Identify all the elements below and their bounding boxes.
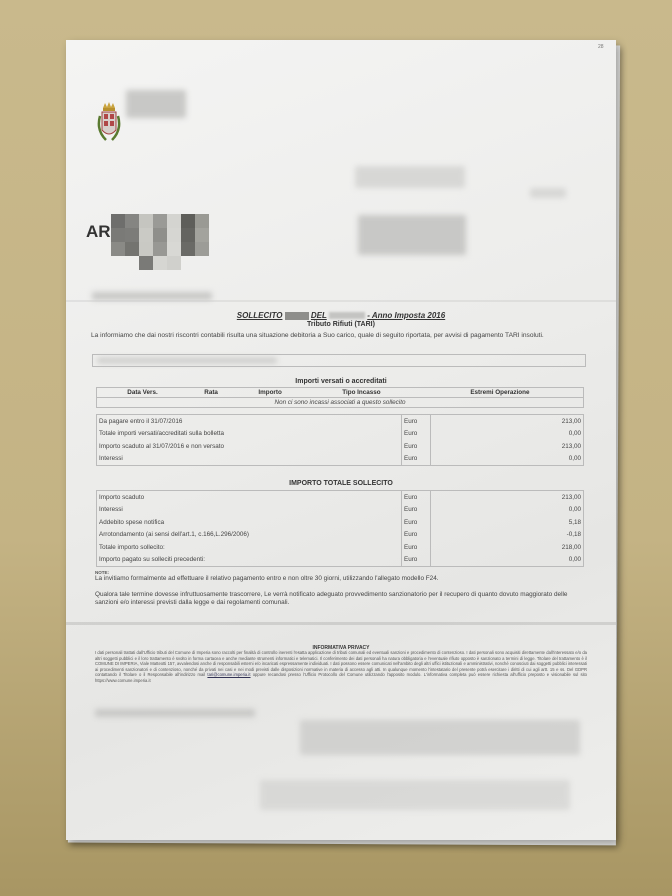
paper-fold [66,622,616,625]
redacted-info-box [92,354,586,367]
redacted-footer [260,780,570,810]
redacted-address [355,166,465,188]
row-label: Da pagare entro il 31/07/2016 [97,415,402,428]
row-label: Importo pagato su solleciti precedenti: [97,554,402,567]
row-amount: 213,00 [431,491,584,504]
table-row: Importo scadutoEuro213,00 [97,491,584,504]
table-row: Addebito spese notificaEuro5,18 [97,516,584,529]
row-amount: 0,00 [431,504,584,517]
row-amount: 218,00 [431,541,584,554]
redacted-signature [95,709,255,717]
row-currency: Euro [402,415,431,428]
payment-request: La invitiamo formalmente ad effettuare i… [95,575,587,583]
column-header: Importo [234,388,306,398]
recipient-name: AR [86,222,111,242]
intro-paragraph: La informiamo che dai nostri riscontri c… [91,332,591,340]
municipal-crest-icon [96,100,122,150]
title-prefix: SOLLECITO [237,311,283,320]
redacted-info [97,358,277,363]
row-amount: 0,00 [431,453,584,466]
payments-section-title: Importi versati o accreditati [82,378,600,385]
total-table: Importo scadutoEuro213,00InteressiEuro0,… [96,490,584,567]
row-label: Interessi [97,453,402,466]
paper-fold [66,300,616,302]
payments-table: Data Vers. Rata Importo Tipo Incasso Est… [96,387,584,408]
total-section-title: IMPORTO TOTALE SOLLECITO [82,480,600,487]
redacted-sender [126,90,186,118]
column-header: Rata [188,388,234,398]
redacted-number [285,312,309,320]
row-currency: Euro [402,554,431,567]
warning-paragraph: Qualora tale termine dovesse infruttuosa… [95,591,587,607]
row-amount: -0,18 [431,529,584,542]
row-amount: 5,18 [431,516,584,529]
privacy-email-link[interactable]: tari@comune.imperia.it [207,672,250,677]
row-amount: 213,00 [431,415,584,428]
row-label: Arrotondamento (ai sensi dell'art.1, c.1… [97,529,402,542]
document-title: SOLLECITO DEL - Anno Imposta 2016 [82,311,600,320]
row-label: Interessi [97,504,402,517]
table-row: Importo scaduto al 31/07/2016 e non vers… [97,440,584,453]
row-currency: Euro [402,529,431,542]
column-header: Data Vers. [97,388,189,398]
redacted-date [329,312,365,319]
row-amount: 213,00 [431,440,584,453]
table-row: InteressiEuro0,00 [97,453,584,466]
table-row: Totale importo sollecito:Euro218,00 [97,541,584,554]
table-row: Arrotondamento (ai sensi dell'art.1, c.1… [97,529,584,542]
row-currency: Euro [402,453,431,466]
row-currency: Euro [402,428,431,441]
redacted-address-line [92,292,212,300]
title-del: DEL [311,311,327,320]
table-row: Da pagare entro il 31/07/2016Euro213,00 [97,415,584,428]
row-label: Importo scaduto [97,491,402,504]
row-label: Addebito spese notifica [97,516,402,529]
title-year: - Anno Imposta 2016 [367,311,445,320]
redacted-address [358,215,466,255]
privacy-text: I dati personali trattati dall'Ufficio t… [95,650,587,684]
redacted-field [530,188,566,198]
row-label: Totale importi versati/accreditati sulla… [97,428,402,441]
page-number: 28 [598,44,604,50]
row-label: Totale importo sollecito: [97,541,402,554]
row-label: Importo scaduto al 31/07/2016 e non vers… [97,440,402,453]
column-header: Estremi Operazione [417,388,584,398]
empty-message: Non ci sono incassi associati a questo s… [97,398,584,408]
row-amount: 0,00 [431,428,584,441]
column-header: Tipo Incasso [306,388,417,398]
table-row: Totale importi versati/accreditati sulla… [97,428,584,441]
summary-table: Da pagare entro il 31/07/2016Euro213,00T… [96,414,584,466]
row-currency: Euro [402,516,431,529]
row-amount: 0,00 [431,554,584,567]
redacted-signature-block [300,720,580,755]
document-subtitle: Tributo Rifiuti (TARI) [82,321,600,328]
row-currency: Euro [402,440,431,453]
row-currency: Euro [402,504,431,517]
table-row: Importo pagato su solleciti precedenti:E… [97,554,584,567]
row-currency: Euro [402,491,431,504]
row-currency: Euro [402,541,431,554]
table-row: InteressiEuro0,00 [97,504,584,517]
